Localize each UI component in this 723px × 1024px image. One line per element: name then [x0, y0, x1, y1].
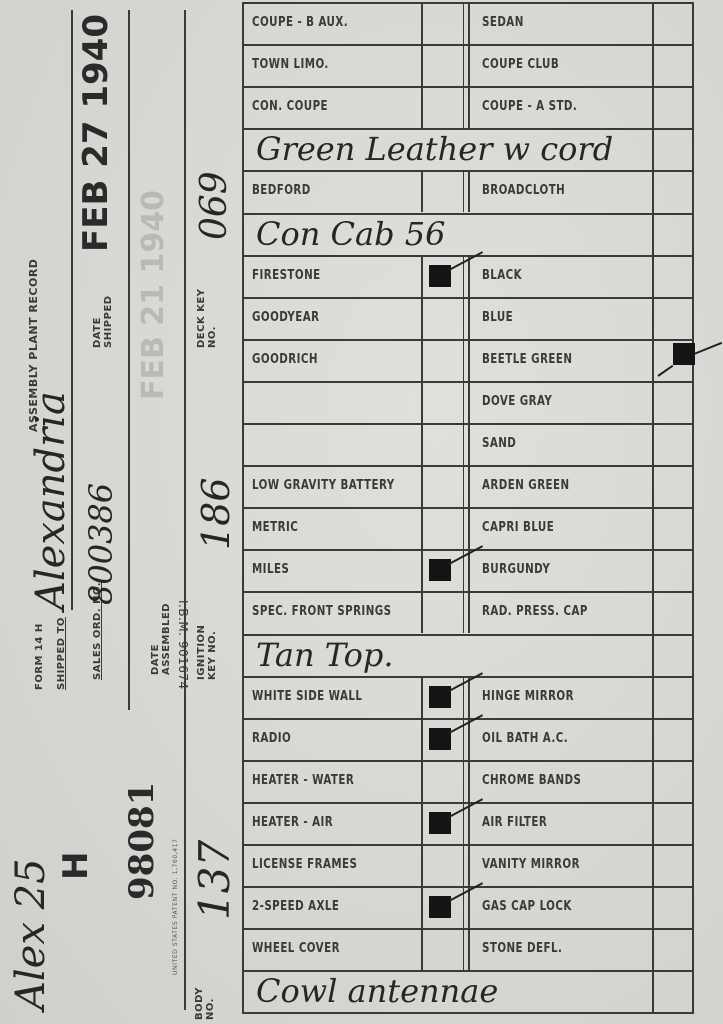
code-letter: H	[56, 852, 96, 880]
ibm-number: I.B.M. 901674	[177, 600, 188, 690]
option-label: ARDEN GREEN	[482, 478, 570, 493]
grid-divider	[463, 381, 464, 423]
option-label: BURGUNDY	[482, 562, 550, 577]
date-assembled-value: FEB 21 1940	[136, 190, 171, 400]
checkbox-left[interactable]	[423, 4, 463, 44]
check-mark-icon	[429, 265, 451, 287]
option-label: GOODRICH	[252, 352, 318, 367]
checkbox-left[interactable]	[423, 172, 463, 212]
option-label: SAND	[482, 436, 516, 451]
grid-divider	[463, 507, 464, 549]
checkbox-left[interactable]	[423, 46, 463, 86]
option-label: COUPE - A STD.	[482, 99, 577, 114]
grid-divider	[468, 423, 470, 465]
grid-divider	[468, 676, 470, 718]
checkbox-right[interactable]	[654, 888, 692, 928]
sales-ord-no-value: 800386	[82, 483, 120, 605]
checkbox-right[interactable]	[654, 593, 692, 633]
option-label: LICENSE FRAMES	[252, 857, 357, 872]
option-label: BLACK	[482, 268, 522, 283]
date-assembled-label: DATE ASSEMBLED	[150, 595, 172, 675]
checkbox-right[interactable]	[654, 762, 692, 802]
shipped-to-label: SHIPPED TO	[56, 617, 67, 690]
check-stroke-icon	[694, 342, 723, 355]
option-label: COUPE - B AUX.	[252, 15, 348, 30]
checkbox-right[interactable]	[654, 467, 692, 507]
grid-divider	[468, 44, 470, 86]
grid-divider	[468, 339, 470, 381]
check-mark-icon	[429, 686, 451, 708]
option-label: TOWN LIMO.	[252, 57, 329, 72]
row-divider	[242, 1012, 694, 1014]
option-label: CAPRI BLUE	[482, 520, 554, 535]
option-label: BLUE	[482, 310, 513, 325]
grid-divider	[468, 2, 470, 44]
grid-divider	[463, 297, 464, 339]
grid-divider	[468, 718, 470, 760]
option-label: METRIC	[252, 520, 298, 535]
checkbox-left[interactable]	[423, 383, 463, 423]
grid-divider	[468, 844, 470, 886]
option-label: LOW GRAVITY BATTERY	[252, 478, 395, 493]
checkbox-right[interactable]	[654, 720, 692, 760]
grid-divider	[468, 886, 470, 928]
option-label: BEDFORD	[252, 183, 311, 198]
checkbox-right[interactable]	[654, 172, 692, 212]
checkbox-right[interactable]	[654, 299, 692, 339]
grid-divider	[468, 760, 470, 802]
body-no-label: BODY NO.	[194, 970, 216, 1020]
handwritten-entry: Cowl antennae	[256, 972, 498, 1010]
checkbox-right[interactable]	[654, 930, 692, 970]
handwritten-entry: Green Leather w cord	[256, 130, 613, 168]
checkbox-left[interactable]	[423, 467, 463, 507]
grid-divider	[468, 802, 470, 844]
checkbox-right[interactable]	[654, 425, 692, 465]
grid-divider	[463, 423, 464, 465]
option-label: FIRESTONE	[252, 268, 321, 283]
checkbox-right[interactable]	[654, 804, 692, 844]
option-label: VANITY MIRROR	[482, 857, 580, 872]
grid-divider	[468, 549, 470, 591]
checkbox-left[interactable]	[423, 593, 463, 633]
grid-divider	[468, 381, 470, 423]
checkbox-left[interactable]	[423, 762, 463, 802]
option-label: WHEEL COVER	[252, 941, 340, 956]
grid-divider	[463, 844, 464, 886]
shipped-to-value: Alexandria	[28, 391, 74, 610]
checkbox-right[interactable]	[654, 383, 692, 423]
divider	[71, 10, 73, 610]
option-label: COUPE CLUB	[482, 57, 559, 72]
checkbox-left[interactable]	[423, 299, 463, 339]
grid-divider	[463, 2, 464, 44]
option-label: 2-SPEED AXLE	[252, 899, 339, 914]
handwritten-entry: Tan Top.	[256, 636, 394, 674]
option-label: AIR FILTER	[482, 815, 547, 830]
divider	[184, 10, 186, 1010]
checkbox-right[interactable]	[654, 257, 692, 297]
checkbox-right[interactable]	[654, 4, 692, 44]
checkbox-left[interactable]	[423, 509, 463, 549]
option-label: SPEC. FRONT SPRINGS	[252, 604, 391, 619]
option-label: STONE DEFL.	[482, 941, 562, 956]
option-label: CON. COUPE	[252, 99, 328, 114]
assembly-plant-record-card: ASSEMBLY PLANT RECORD FORM 14 H SHIPPED …	[0, 0, 723, 1024]
option-label: DOVE GRAY	[482, 394, 552, 409]
option-label: MILES	[252, 562, 289, 577]
form-number: FORM 14 H	[34, 623, 45, 690]
grid-divider	[463, 760, 464, 802]
option-label: GAS CAP LOCK	[482, 899, 572, 914]
deck-key-no-value: 069	[194, 171, 235, 240]
option-label: HEATER - WATER	[252, 773, 354, 788]
option-label: HINGE MIRROR	[482, 689, 574, 704]
grid-divider	[463, 339, 464, 381]
option-label: GOODYEAR	[252, 310, 320, 325]
checkbox-left[interactable]	[423, 341, 463, 381]
option-label: OIL BATH A.C.	[482, 731, 568, 746]
checkbox-right[interactable]	[654, 678, 692, 718]
option-label: BROADCLOTH	[482, 183, 565, 198]
grid-divider	[468, 297, 470, 339]
checkbox-left[interactable]	[423, 425, 463, 465]
check-mark-icon	[673, 343, 695, 365]
checkbox-right[interactable]	[654, 846, 692, 886]
option-label: HEATER - AIR	[252, 815, 333, 830]
grid-divider	[468, 86, 470, 128]
grid-divider	[468, 591, 470, 633]
checkbox-left[interactable]	[423, 88, 463, 128]
grid-divider	[468, 255, 470, 297]
serial-number: 98081	[122, 782, 162, 900]
option-label: BEETLE GREEN	[482, 352, 572, 367]
grid-divider	[463, 170, 464, 212]
patent-note: UNITED STATES PATENT NO. 1,760,417	[172, 838, 179, 975]
date-shipped-label: DATE SHIPPED	[92, 278, 114, 348]
grid-divider	[463, 928, 464, 970]
grid-divider	[468, 928, 470, 970]
deck-key-no-label: DECK KEY NO.	[196, 288, 218, 348]
checkbox-right[interactable]	[654, 551, 692, 591]
handwritten-entry: Con Cab 56	[256, 215, 445, 253]
checkbox-left[interactable]	[423, 846, 463, 886]
date-shipped-value: FEB 27 1940	[76, 14, 116, 252]
option-label: RADIO	[252, 731, 291, 746]
grid-divider	[463, 591, 464, 633]
ignition-key-no-label: IGNITION KEY NO.	[196, 620, 218, 680]
grid-divider	[468, 170, 470, 212]
check-mark-icon	[429, 728, 451, 750]
grid-divider	[468, 465, 470, 507]
ignition-key-no-value: 186	[194, 477, 238, 550]
option-label: RAD. PRESS. CAP	[482, 604, 588, 619]
body-no-value: 137	[190, 840, 239, 920]
grid-divider	[468, 507, 470, 549]
option-label: SEDAN	[482, 15, 524, 30]
handwritten-note: Alex 25	[8, 858, 54, 1010]
option-label: WHITE SIDE WALL	[252, 689, 362, 704]
grid-divider	[463, 465, 464, 507]
checkbox-right[interactable]	[654, 88, 692, 128]
checkbox-left[interactable]	[423, 930, 463, 970]
checkbox-right[interactable]	[654, 46, 692, 86]
checkbox-right[interactable]	[654, 509, 692, 549]
option-label: CHROME BANDS	[482, 773, 581, 788]
grid-divider	[463, 44, 464, 86]
divider	[128, 10, 130, 710]
grid-divider	[463, 86, 464, 128]
